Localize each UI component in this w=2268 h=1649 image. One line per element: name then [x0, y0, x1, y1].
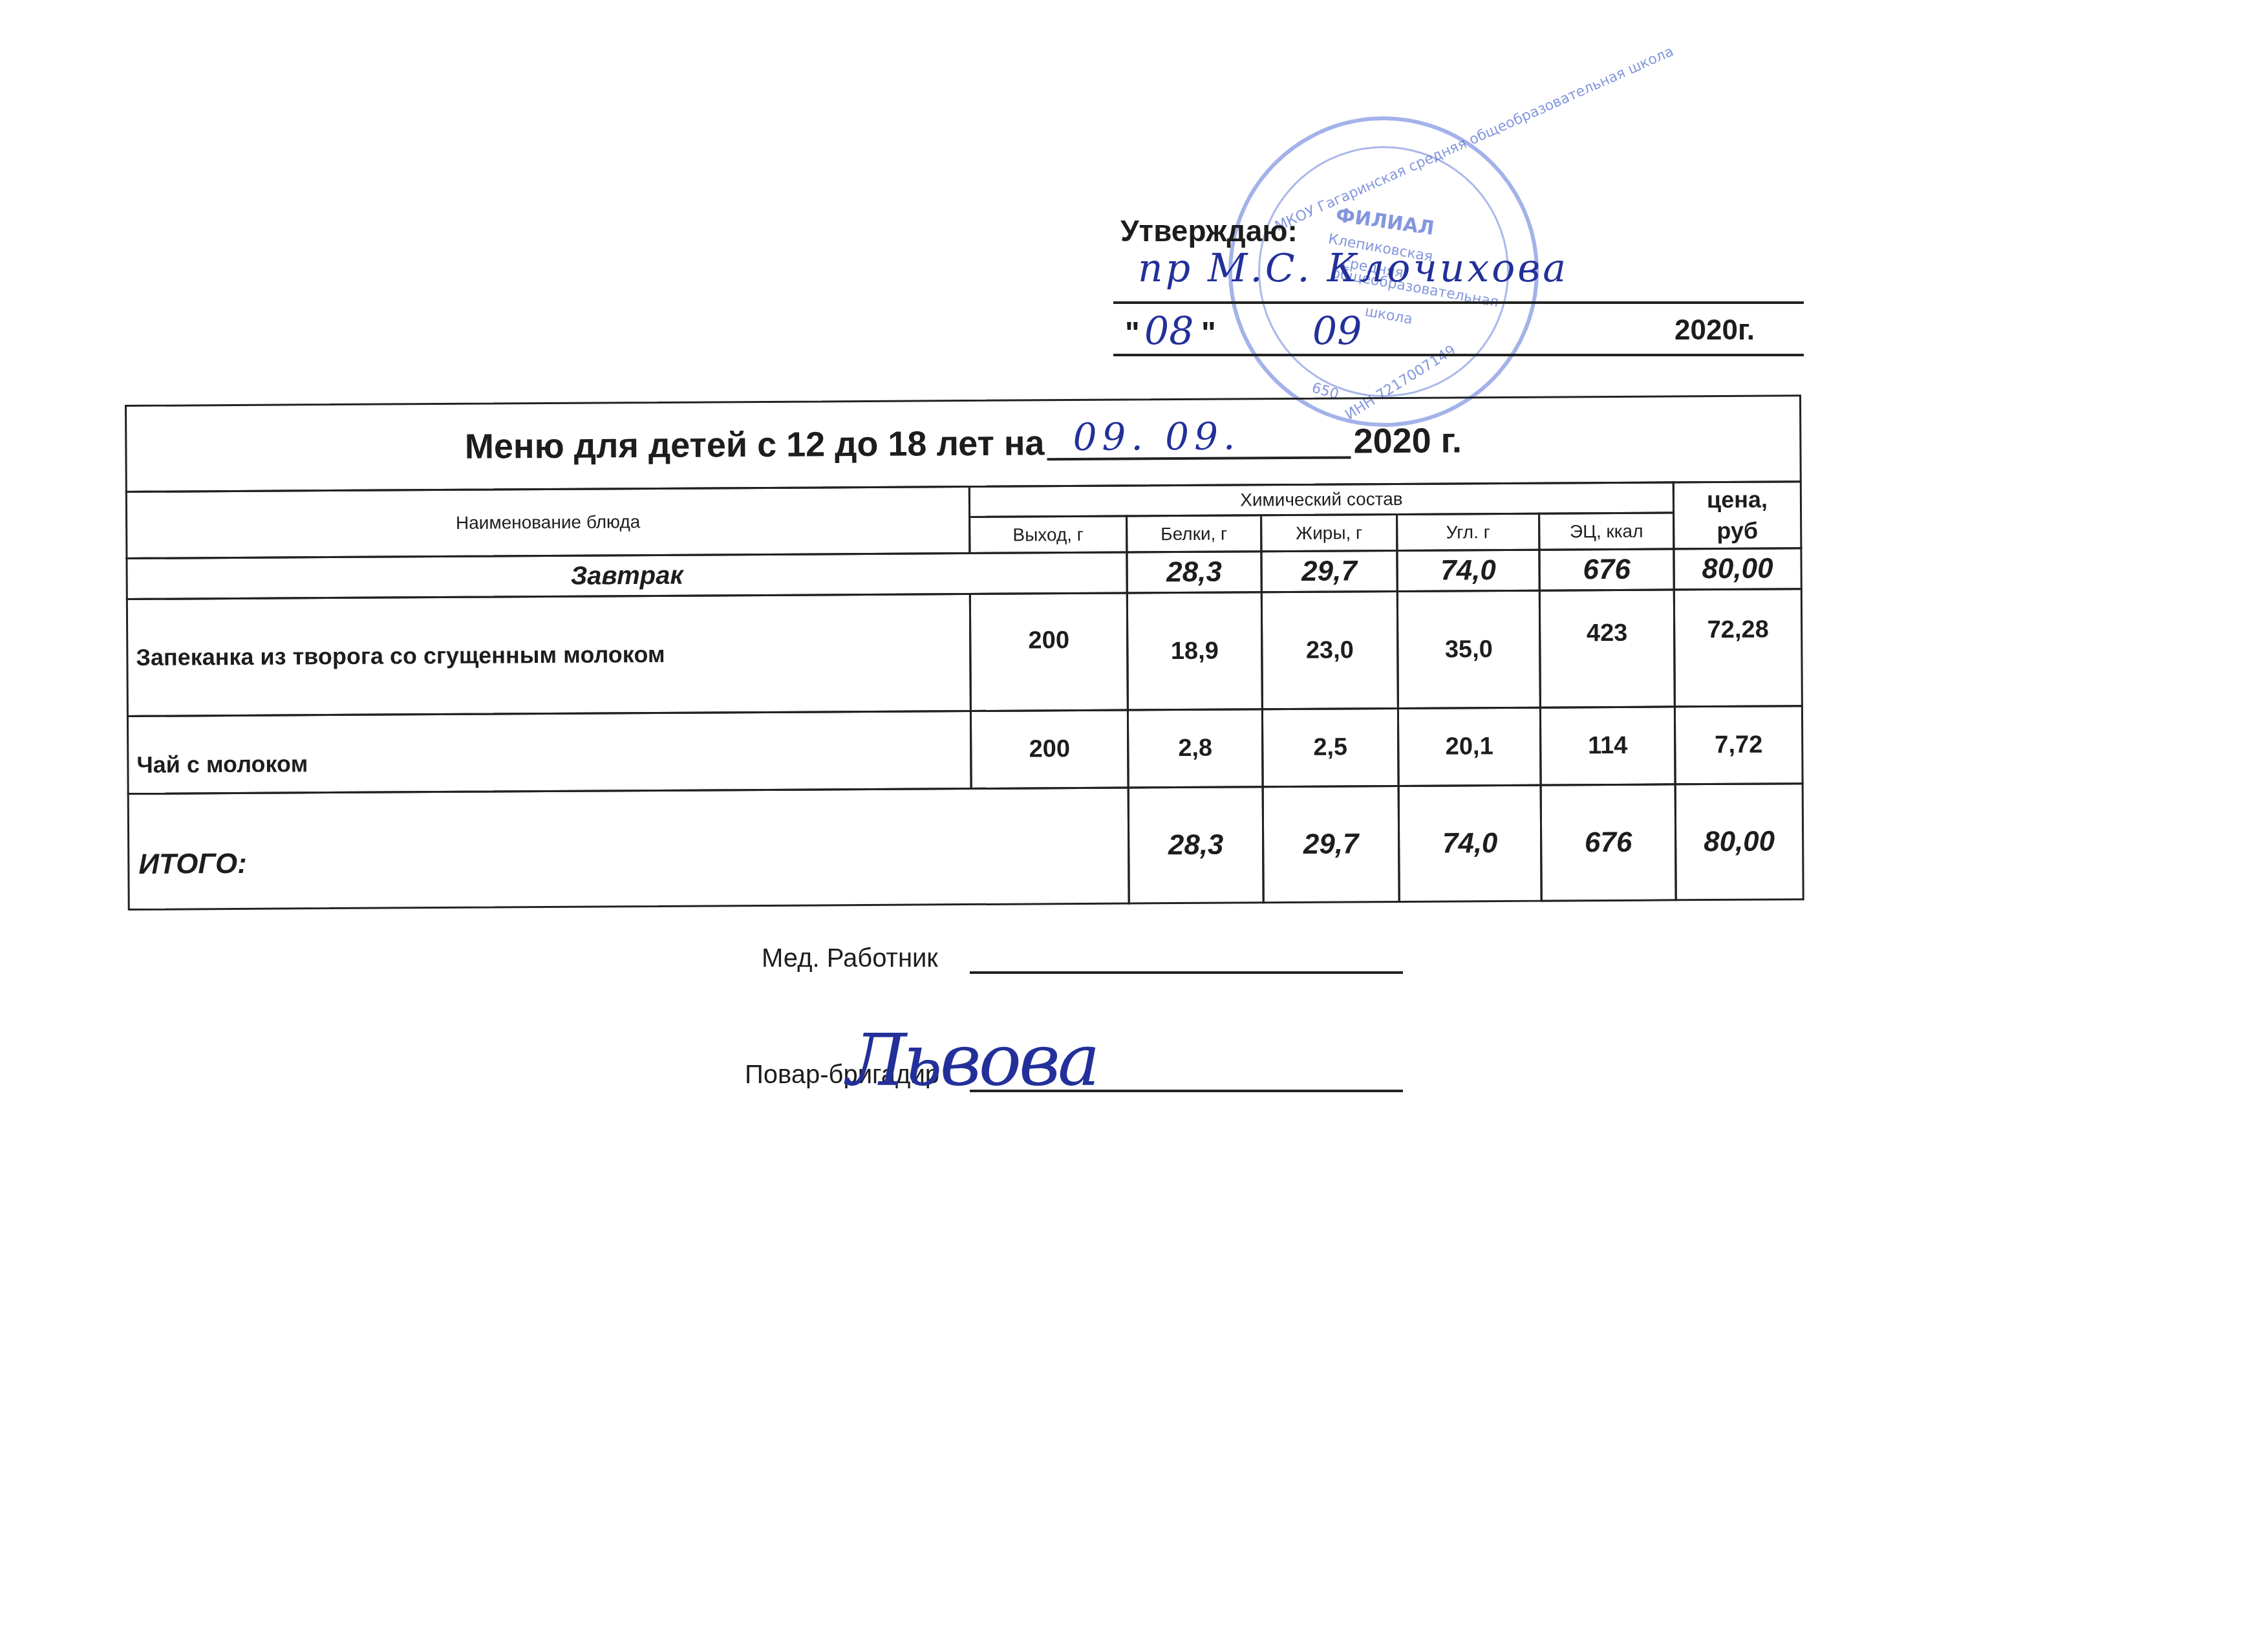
total-fats: 29,7 — [1262, 785, 1400, 903]
approver-signature: пр М.С. Клочихова — [1138, 246, 1568, 291]
header-energy: ЭЦ, ккал — [1538, 512, 1674, 550]
header-yield: Выход, г — [968, 515, 1128, 555]
menu-handwritten-date: 09. 09. — [1073, 414, 1240, 459]
table-row-proteins: 18,9 — [1126, 591, 1263, 711]
table-row-fats: 2,5 — [1261, 707, 1400, 788]
table-row-proteins: 2,8 — [1127, 708, 1264, 788]
table-row-price: 7,72 — [1674, 705, 1804, 785]
table-row-carbs: 35,0 — [1396, 590, 1541, 709]
chef-signature-line — [970, 1090, 1403, 1092]
table-row-price: 72,28 — [1673, 588, 1803, 707]
header-carbs: Угл. г — [1396, 513, 1540, 552]
medic-signature-line — [970, 971, 1403, 974]
header-price-line1: цена, — [1707, 484, 1768, 515]
header-price: цена, руб — [1673, 480, 1803, 550]
approval-month: 09 — [1312, 309, 1362, 354]
medic-label: Мед. Работник — [762, 944, 938, 973]
total-price: 80,00 — [1674, 782, 1804, 901]
header-proteins: Белки, г — [1126, 514, 1262, 553]
table-row-dish-name: Запеканка из творога со сгущенным молоко… — [126, 593, 972, 717]
section-energy: 676 — [1538, 548, 1674, 591]
signature-line — [1113, 301, 1804, 304]
section-price: 80,00 — [1673, 547, 1802, 590]
menu-date-field: 09. 09. — [1047, 424, 1351, 460]
table-row-energy: 114 — [1539, 706, 1676, 786]
approval-day: 08 — [1144, 309, 1193, 354]
header-price-line2: руб — [1717, 515, 1758, 546]
total-carbs: 74,0 — [1398, 784, 1543, 903]
quote-open: " — [1125, 316, 1140, 351]
table-row-yield: 200 — [970, 709, 1129, 790]
section-carbs: 74,0 — [1396, 549, 1540, 592]
menu-title: Меню для детей с 12 до 18 лет на 09. 09.… — [125, 394, 1802, 493]
total-energy: 676 — [1540, 783, 1677, 901]
quote-close: " — [1201, 316, 1216, 351]
approval-label: Утверждаю: — [1120, 213, 1298, 248]
table-row-fats: 23,0 — [1261, 590, 1399, 710]
approval-year: 2020г. — [1674, 314, 1755, 347]
section-proteins: 28,3 — [1126, 550, 1262, 594]
menu-table: Меню для детей с 12 до 18 лет на 09. 09.… — [125, 394, 1804, 911]
table-row-energy: 423 — [1539, 588, 1676, 708]
section-fats: 29,7 — [1260, 550, 1398, 593]
chef-signature: Львова — [847, 1018, 1098, 1101]
table-row-dish-name: Чай с молоком — [127, 710, 972, 795]
total-proteins: 28,3 — [1128, 786, 1265, 904]
menu-title-prefix: Меню для детей с 12 до 18 лет на — [465, 423, 1045, 466]
header-dish-name: Наименование блюда — [125, 486, 971, 559]
header-fats: Жиры, г — [1260, 513, 1398, 552]
table-row-carbs: 20,1 — [1397, 707, 1542, 787]
menu-title-suffix: 2020 г. — [1353, 420, 1462, 461]
date-line — [1113, 354, 1804, 356]
table-row-yield: 200 — [969, 592, 1129, 712]
total-label: ИТОГО: — [127, 787, 1130, 911]
